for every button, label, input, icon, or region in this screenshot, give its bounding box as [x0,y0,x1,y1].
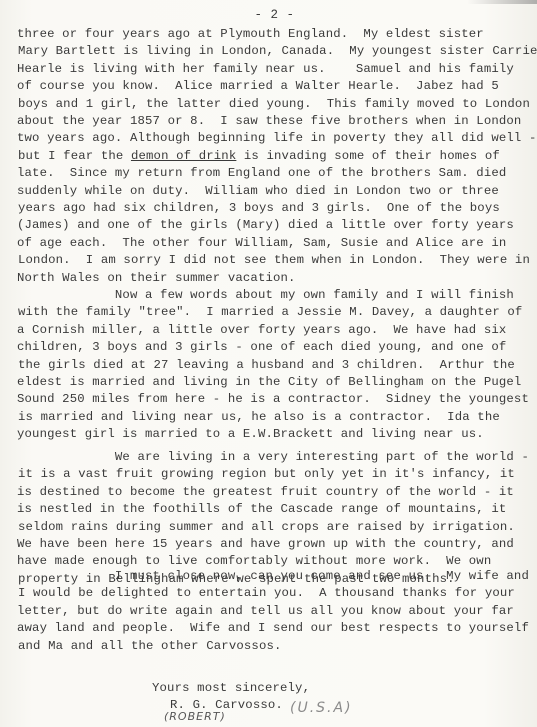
text-line: it is a vast fruit growing region but on… [18,467,515,482]
text-segment: three or four years ago at Plymouth Engl… [17,27,484,41]
text-line: away land and people. Wife and I send ou… [17,621,529,636]
text-segment: Sound 250 miles from here - he is a cont… [17,392,529,406]
text-line: of age each. The other four William, Sam… [17,236,506,251]
text-line: suddenly while on duty. William who died… [17,184,499,199]
text-line: boys and 1 girl, the latter died young. … [18,97,530,112]
text-line: and Ma and all the other Carvossos. [18,639,282,654]
text-line: is married and living near us, he also i… [18,410,500,425]
handwritten-name: (ROBERT) [164,710,226,723]
text-segment: children, 3 boys and 3 girls - one of ea… [17,340,506,354]
text-line: late. Since my return from England one o… [17,166,506,181]
text-segment: is nestled in the foothills of the Casca… [17,502,506,516]
text-line: seldom rains during summer and all crops… [18,520,515,535]
text-line: Now a few words about my own family and … [17,288,514,303]
text-segment: (James) and one of the girls (Mary) died… [17,218,514,232]
text-line: two years ago. Although beginning life i… [17,131,537,146]
text-segment: two years ago. Although beginning life i… [17,131,537,145]
text-segment: We have been here 15 years and have grow… [17,537,514,551]
text-segment: I must close now, can you come and see u… [17,569,529,583]
text-line: We have been here 15 years and have grow… [17,537,514,552]
text-segment: years ago had six children, 3 boys and 3… [18,201,500,215]
handwritten-country: (U.S.A) [290,700,353,716]
closing: Yours most sincerely, [152,681,310,696]
text-segment: boys and 1 girl, the latter died young. … [18,97,530,111]
text-line: youngest girl is married to a E.W.Bracke… [17,427,484,442]
text-segment: and Ma and all the other Carvossos. [18,639,282,653]
text-segment: I would be delighted to entertain you. A… [18,586,515,600]
text-segment: late. Since my return from England one o… [17,166,506,180]
text-line: but I fear the demon of drink is invadin… [18,149,500,164]
page-edge-shadow [467,0,537,4]
text-line: We are living in a very interesting part… [17,450,529,465]
text-line: three or four years ago at Plymouth Engl… [17,27,484,42]
text-line: I would be delighted to entertain you. A… [18,586,515,601]
text-segment: Mary Bartlett is living in London, Canad… [18,44,537,58]
text-line: years ago had six children, 3 boys and 3… [18,201,500,216]
text-line: Hearle is living with her family near us… [17,62,514,77]
text-segment: it is a vast fruit growing region but on… [18,467,515,481]
letter-page: - 2 - three or four years ago at Plymout… [0,0,537,727]
text-segment: is invading some of their homes of [236,149,500,163]
text-line: children, 3 boys and 3 girls - one of ea… [17,340,506,355]
text-segment: Hearle is living with her family near us… [17,62,514,76]
text-segment: away land and people. Wife and I send ou… [17,621,529,635]
text-segment: We are living in a very interesting part… [17,450,529,464]
text-segment: about the year 1857 or 8. I saw these fi… [17,114,521,128]
text-line: North Wales on their summer vacation. [17,271,296,286]
text-segment: is married and living near us, he also i… [18,410,500,424]
text-line: is destined to become the greatest fruit… [17,485,514,500]
text-line: (James) and one of the girls (Mary) died… [17,218,514,233]
text-line: Sound 250 miles from here - he is a cont… [17,392,529,407]
text-segment: Now a few words about my own family and … [17,288,514,302]
page-number: - 2 - [0,8,537,22]
text-segment: seldom rains during summer and all crops… [18,520,515,534]
text-segment: of course you know. Alice married a Walt… [17,79,499,93]
text-segment: have made enough to live comfortably wit… [17,554,491,568]
text-line: of course you know. Alice married a Walt… [17,79,499,94]
text-line: about the year 1857 or 8. I saw these fi… [17,114,521,129]
text-line: with the family "tree". I married a Jess… [18,305,522,320]
text-segment: suddenly while on duty. William who died… [17,184,499,198]
text-segment: the girls died at 27 leaving a husband a… [18,358,515,372]
text-segment: a Cornish miller, a little over forty ye… [17,323,506,337]
text-segment: of age each. The other four William, Sam… [17,236,506,250]
text-segment: youngest girl is married to a E.W.Bracke… [17,427,484,441]
text-line: a Cornish miller, a little over forty ye… [17,323,506,338]
text-line: letter, but do write again and tell us a… [17,604,514,619]
text-line: have made enough to live comfortably wit… [17,554,491,569]
text-segment: with the family "tree". I married a Jess… [18,305,522,319]
underlined-phrase: demon of drink [131,149,236,163]
text-line: eldest is married and living in the City… [17,375,521,390]
text-segment: London. I am sorry I did not see them wh… [18,253,530,267]
text-segment: North Wales on their summer vacation. [17,271,296,285]
text-line: is nestled in the foothills of the Casca… [17,502,506,517]
text-segment: letter, but do write again and tell us a… [17,604,514,618]
text-line: London. I am sorry I did not see them wh… [18,253,530,268]
text-segment: is destined to become the greatest fruit… [17,485,514,499]
text-line: Mary Bartlett is living in London, Canad… [18,44,537,59]
text-line: the girls died at 27 leaving a husband a… [18,358,515,373]
text-line: I must close now, can you come and see u… [17,569,529,584]
text-segment: eldest is married and living in the City… [17,375,521,389]
text-segment: but I fear the [18,149,131,163]
